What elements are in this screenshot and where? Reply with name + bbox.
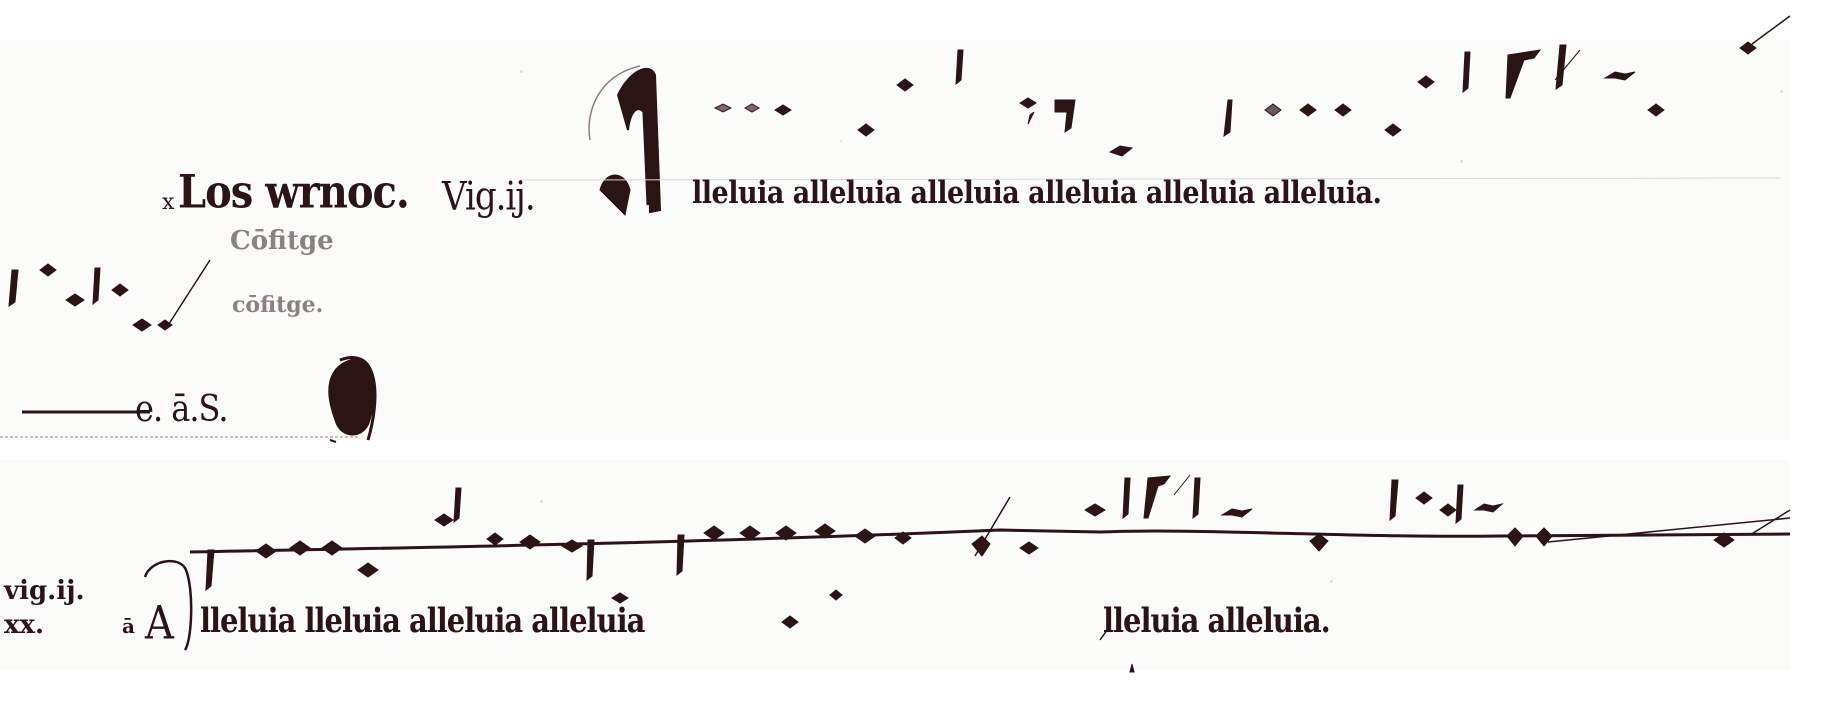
lyric-line-2a: lleluia lleluia alleluia alleluia [200,601,644,640]
scan-speck [520,70,523,73]
rubric-small-mark: ā [122,614,135,638]
scan-speck [1460,160,1463,163]
scan-speck [840,140,842,142]
scan-speck [1330,580,1333,583]
lyric-line-2b: lleluia alleluia. [1103,601,1330,640]
initial-a-system-2: A [145,597,173,650]
scan-speck [1780,90,1783,93]
manuscript-page: x Los wrnoc. Vig.ij. lleluia alleluia al… [0,0,1824,721]
rubric-reference-bottom: xx. [4,610,44,640]
scan-speck [540,500,543,503]
rubric-reference-top: vig.ij. [4,576,85,606]
